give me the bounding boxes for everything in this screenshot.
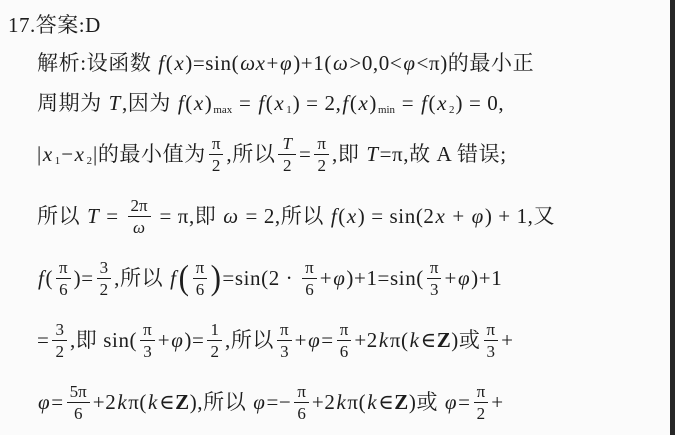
solution-body: 解析:设函数 f(x)=sin(ωx+φ)+1(ω>0,0<φ<π)的最小正 周…: [0, 43, 675, 433]
text-run: =: [299, 142, 311, 166]
math-variable: φ: [457, 266, 471, 290]
text-run: 2: [317, 156, 326, 175]
text-run: 6: [305, 280, 314, 299]
fraction: π3: [484, 320, 499, 361]
text-run: =: [51, 390, 63, 414]
text-run: ,所以: [225, 328, 274, 352]
math-variable: f: [157, 51, 165, 75]
text-run: 3: [487, 342, 496, 361]
fraction: π3: [427, 258, 442, 299]
text-run: ,即: [332, 142, 365, 166]
math-variable: f: [341, 91, 349, 115]
text-run: π(: [347, 390, 366, 414]
text-run: =sin(2 ·: [222, 266, 299, 290]
fraction-numerator: π: [193, 258, 208, 279]
math-variable: x: [193, 91, 205, 115]
text-run: 2: [477, 404, 486, 423]
fraction-numerator: 5π: [67, 382, 90, 403]
subscript: 2: [86, 155, 93, 167]
text-run: +: [295, 328, 307, 352]
text-run: +: [491, 390, 503, 414]
fraction-denominator: ω: [128, 217, 151, 237]
subscript: 1: [285, 104, 292, 116]
text-run: >0,0<: [349, 51, 402, 75]
big-paren: ): [211, 247, 222, 309]
fraction-numerator: π: [314, 134, 329, 155]
text-run: (: [429, 91, 437, 115]
fraction: 12: [207, 320, 222, 361]
bold-set-symbol: Z: [394, 390, 409, 414]
text-run: π(: [390, 328, 409, 352]
text-run: = π,即: [154, 204, 223, 228]
answer-text: 答案:D: [36, 13, 101, 37]
text-run: ) = 2,: [293, 91, 342, 115]
fraction-denominator: 2: [97, 279, 112, 299]
math-variable: ω: [132, 218, 146, 237]
math-variable: k: [116, 390, 128, 414]
math-variable: x: [436, 91, 448, 115]
text-run: +: [501, 328, 513, 352]
text-run: ) = sin(2: [358, 204, 435, 228]
bold-set-symbol: Z: [437, 328, 452, 352]
math-variable: ωx: [239, 51, 266, 75]
fraction-numerator: 1: [207, 320, 222, 341]
text-run: π(: [128, 390, 147, 414]
math-variable: x: [346, 204, 358, 228]
text-run: π: [487, 320, 496, 339]
fraction: π3: [140, 320, 155, 361]
text-run: π: [297, 382, 306, 401]
fraction-numerator: 3: [52, 320, 67, 341]
text-run: −: [61, 142, 73, 166]
fraction: π3: [277, 320, 292, 361]
math-variable: T: [365, 142, 379, 166]
math-variable: φ: [252, 390, 266, 414]
text-run: ∈: [159, 390, 175, 414]
fraction-numerator: π: [294, 382, 309, 403]
math-variable: φ: [471, 204, 485, 228]
fraction: π2: [474, 382, 489, 423]
solution-line-3: |x1−x2|的最小值为π2,所以T2=π2,即 T=π,故 A 错误;: [37, 123, 645, 185]
fraction: T2: [278, 134, 295, 175]
text-run: )=sin(: [185, 51, 239, 75]
math-variable: x: [357, 91, 369, 115]
math-variable: φ: [37, 390, 51, 414]
fraction-numerator: 3: [97, 258, 112, 279]
text-run: +: [158, 328, 170, 352]
text-run: π: [59, 258, 68, 277]
text-run: ,所以: [226, 142, 275, 166]
text-run: )=: [184, 328, 204, 352]
text-run: π: [305, 258, 314, 277]
text-run: +: [446, 204, 470, 228]
text-run: ) = 0,: [456, 91, 505, 115]
text-run: <π)的最小正: [417, 51, 535, 75]
fraction-denominator: 3: [277, 341, 292, 361]
text-run: 3: [55, 320, 64, 339]
math-variable: φ: [444, 390, 458, 414]
fraction-numerator: π: [209, 134, 224, 155]
text-run: 2: [283, 156, 292, 175]
math-variable: x: [74, 142, 86, 166]
fraction-denominator: 2: [207, 341, 222, 361]
fraction-numerator: π: [56, 258, 71, 279]
text-run: ,即 sin(: [70, 328, 137, 352]
text-run: =: [321, 328, 333, 352]
text-run: =: [458, 390, 470, 414]
text-run: π: [340, 320, 349, 339]
fraction-numerator: π: [302, 258, 317, 279]
text-run: 5π: [70, 382, 87, 401]
text-run: 6: [297, 404, 306, 423]
math-variable: T: [86, 204, 100, 228]
subscript: max: [212, 104, 233, 116]
math-variable: φ: [307, 328, 321, 352]
math-variable: x: [435, 204, 447, 228]
fraction-denominator: 6: [337, 341, 352, 361]
text-run: ∈: [421, 328, 437, 352]
text-run: 1: [210, 320, 219, 339]
math-variable: T: [108, 91, 122, 115]
text-run: 2: [212, 156, 221, 175]
big-paren: (: [178, 247, 189, 309]
solution-line-5: f(π6)=32,所以 f(π6)=sin(2 · π6+φ)+1=sin(π3…: [37, 247, 645, 309]
math-variable: k: [378, 328, 390, 352]
text-run: π: [317, 134, 326, 153]
text-run: (: [338, 204, 346, 228]
fraction-denominator: 3: [484, 341, 499, 361]
text-run: 3: [430, 280, 439, 299]
text-run: 3: [280, 342, 289, 361]
subscript: 2: [448, 104, 455, 116]
text-run: )或: [409, 390, 444, 414]
solution-line-6: =32,即 sin(π3+φ)=12,所以π3+φ=π6+2kπ(k∈Z)或π3…: [37, 309, 645, 371]
math-variable: φ: [332, 266, 346, 290]
fraction-numerator: π: [337, 320, 352, 341]
text-run: 6: [340, 342, 349, 361]
text-run: 3: [100, 258, 109, 277]
fraction-denominator: 6: [302, 279, 317, 299]
math-variable: x: [173, 51, 185, 75]
solution-line-4: 所以 T = 2πω = π,即 ω = 2,所以 f(x) = sin(2x …: [37, 185, 645, 247]
fraction: 32: [52, 320, 67, 361]
fraction-denominator: 2: [52, 341, 67, 361]
bold-set-symbol: Z: [175, 390, 190, 414]
text-run: ,因为: [122, 91, 177, 115]
math-variable: T: [281, 134, 292, 153]
math-variable: ω: [222, 204, 239, 228]
math-variable: x: [273, 91, 285, 115]
text-run: )+1=sin(: [346, 266, 423, 290]
fraction-numerator: π: [484, 320, 499, 341]
fraction: π6: [56, 258, 71, 299]
text-run: ): [369, 91, 377, 115]
problem-number: 17.: [8, 13, 36, 37]
text-run: ,所以: [114, 266, 169, 290]
math-variable: k: [366, 390, 378, 414]
text-run: =: [233, 91, 257, 115]
fraction: π6: [193, 258, 208, 299]
text-run: π: [280, 320, 289, 339]
fraction-numerator: π: [474, 382, 489, 403]
scanned-solution-page: 17.答案:D 解析:设函数 f(x)=sin(ωx+φ)+1(ω>0,0<φ<…: [0, 0, 675, 435]
fraction-denominator: 6: [67, 403, 90, 423]
math-variable: φ: [402, 51, 416, 75]
text-run: =−: [266, 390, 291, 414]
text-run: 2π: [131, 196, 148, 215]
fraction-numerator: 2π: [128, 196, 151, 217]
text-run: 6: [59, 280, 68, 299]
text-run: )+1(: [293, 51, 332, 75]
scan-edge-strip: [670, 0, 675, 435]
fraction-denominator: 2: [209, 155, 224, 175]
text-run: +2: [312, 390, 336, 414]
math-variable: k: [147, 390, 159, 414]
fraction-denominator: 6: [56, 279, 71, 299]
text-run: 3: [143, 342, 152, 361]
text-run: 周期为: [37, 91, 108, 115]
fraction: π2: [209, 134, 224, 175]
math-variable: φ: [170, 328, 184, 352]
text-run: )+1: [471, 266, 502, 290]
fraction-denominator: 3: [427, 279, 442, 299]
text-run: π: [143, 320, 152, 339]
problem-header: 17.答案:D: [8, 7, 675, 43]
fraction-numerator: T: [278, 134, 295, 155]
fraction: 5π6: [67, 382, 90, 423]
fraction: π6: [294, 382, 309, 423]
text-run: π: [196, 258, 205, 277]
math-variable: k: [409, 328, 421, 352]
fraction-numerator: π: [140, 320, 155, 341]
fraction: 2πω: [128, 196, 151, 237]
text-run: π: [477, 382, 486, 401]
fraction-denominator: 6: [294, 403, 309, 423]
fraction-denominator: 2: [278, 155, 295, 175]
fraction-numerator: π: [427, 258, 442, 279]
math-variable: φ: [279, 51, 293, 75]
text-run: 2: [55, 342, 64, 361]
text-run: (: [185, 91, 193, 115]
fraction: π6: [302, 258, 317, 299]
fraction-denominator: 2: [474, 403, 489, 423]
text-run: =: [37, 328, 49, 352]
solution-line-7: φ=5π6+2kπ(k∈Z),所以 φ=−π6+2kπ(k∈Z)或 φ=π2+: [37, 371, 645, 433]
fraction: π6: [337, 320, 352, 361]
text-run: ∈: [378, 390, 394, 414]
text-run: π: [212, 134, 221, 153]
text-run: (: [45, 266, 53, 290]
text-run: 2: [210, 342, 219, 361]
text-run: |的最小值为: [93, 142, 206, 166]
text-run: 解析:设函数: [37, 51, 157, 75]
solution-line-1: 解析:设函数 f(x)=sin(ωx+φ)+1(ω>0,0<φ<π)的最小正: [37, 43, 645, 83]
text-run: +: [320, 266, 332, 290]
fraction-denominator: 2: [314, 155, 329, 175]
text-run: )或: [451, 328, 480, 352]
math-variable: k: [335, 390, 347, 414]
math-variable: f: [169, 266, 177, 290]
subscript: min: [377, 104, 396, 116]
math-variable: f: [257, 91, 265, 115]
text-run: +: [267, 51, 279, 75]
fraction: 32: [97, 258, 112, 299]
text-run: =: [100, 204, 124, 228]
math-variable: ω: [332, 51, 349, 75]
text-run: 所以: [37, 204, 86, 228]
text-run: ),所以: [190, 390, 253, 414]
text-run: π: [430, 258, 439, 277]
text-run: 6: [196, 280, 205, 299]
text-run: )=: [74, 266, 94, 290]
fraction-denominator: 6: [193, 279, 208, 299]
text-run: =π,故 A 错误;: [380, 142, 507, 166]
math-variable: f: [420, 91, 428, 115]
text-run: +: [444, 266, 456, 290]
text-run: +2: [354, 328, 378, 352]
solution-line-2: 周期为 T,因为 f(x)max = f(x1) = 2,f(x)min = f…: [37, 83, 645, 123]
text-run: =: [396, 91, 420, 115]
text-run: 6: [74, 404, 83, 423]
fraction-denominator: 3: [140, 341, 155, 361]
fraction-numerator: π: [277, 320, 292, 341]
text-run: ) + 1,又: [485, 204, 555, 228]
text-run: 2: [100, 280, 109, 299]
fraction: π2: [314, 134, 329, 175]
text-run: = 2,所以: [240, 204, 330, 228]
math-variable: x: [42, 142, 54, 166]
text-run: +2: [93, 390, 117, 414]
